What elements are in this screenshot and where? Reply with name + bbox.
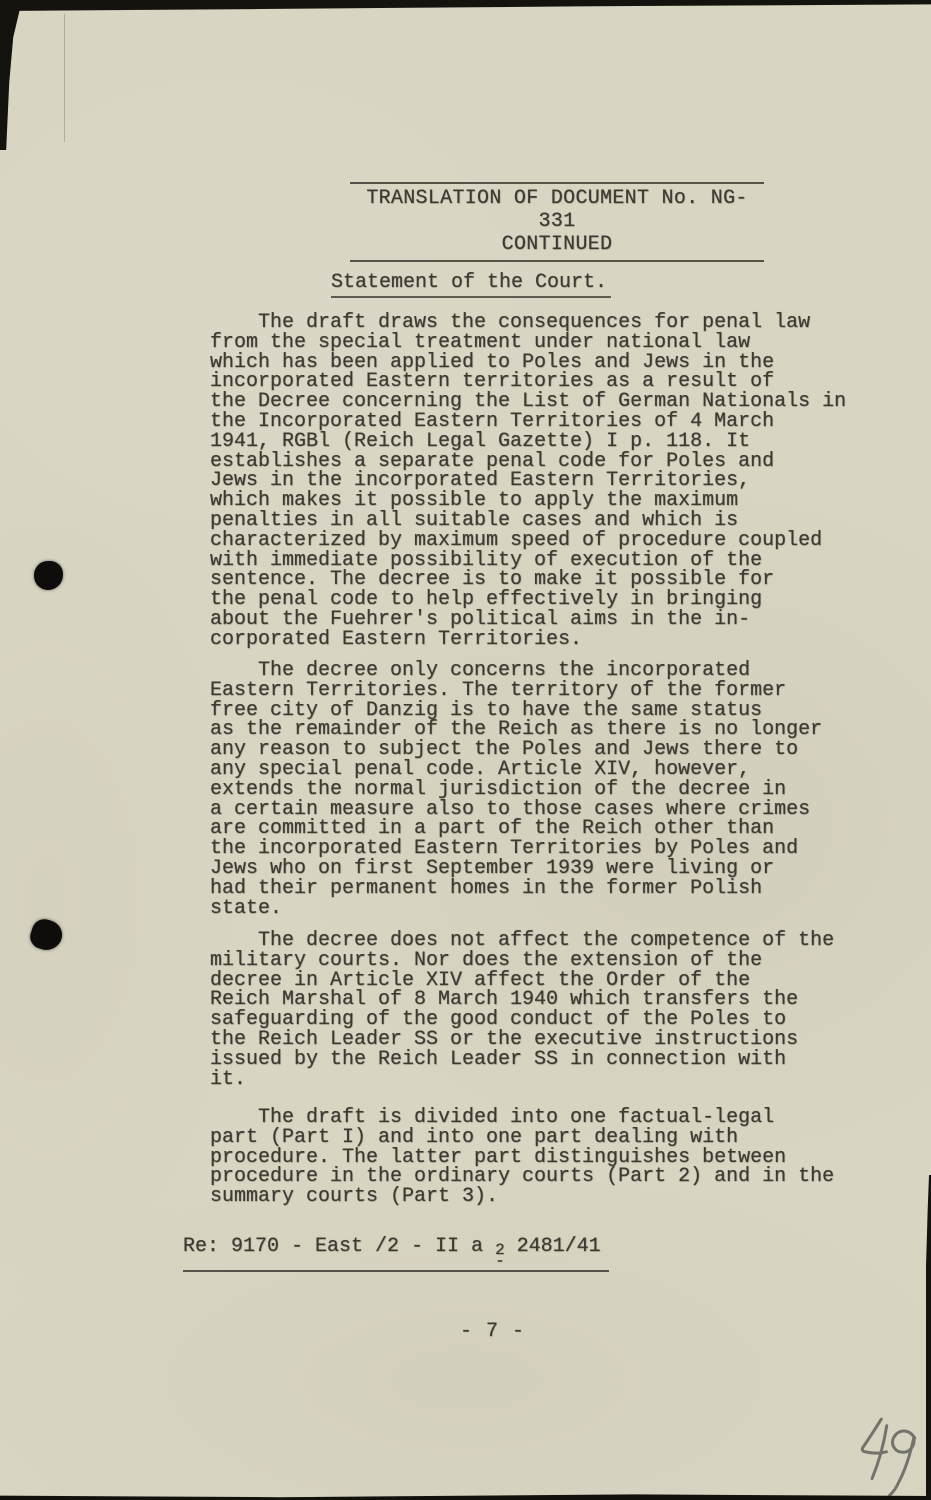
paragraph-3: The decree does not affect the competenc… <box>210 931 834 1089</box>
scan-edge-bottom <box>0 1492 931 1500</box>
reference-right: 2481/41 <box>505 1235 601 1258</box>
reference-superscript: 2- <box>495 1245 505 1267</box>
scanned-page: TRANSLATION OF DOCUMENT No. NG-331 CONTI… <box>0 0 931 1500</box>
page-number: - 7 - <box>460 1320 525 1343</box>
pencil-strokes <box>859 1418 917 1497</box>
handwritten-page-number-49 <box>849 1410 928 1500</box>
reference-line: Re: 9170 - East /2 - II a 2- 2481/41 <box>183 1236 609 1272</box>
hole-punch-bottom <box>27 916 66 954</box>
paragraph-1: The draft draws the consequences for pen… <box>210 313 846 650</box>
document-header-continued: CONTINUED <box>350 233 764 256</box>
hole-punch-top <box>34 561 63 590</box>
section-title: Statement of the Court. <box>331 272 611 298</box>
scan-edge-top <box>0 0 931 11</box>
paper-edge-crease <box>64 14 65 142</box>
paragraph-2: The decree only concerns the incorporate… <box>210 661 822 918</box>
document-header-title: TRANSLATION OF DOCUMENT No. NG-331 <box>350 187 764 233</box>
paragraph-4: The draft is divided into one factual-le… <box>210 1108 834 1207</box>
scan-edge-right <box>926 1175 931 1500</box>
document-header: TRANSLATION OF DOCUMENT No. NG-331 CONTI… <box>350 182 764 262</box>
scan-edge-left <box>0 0 22 150</box>
reference-left: Re: 9170 - East /2 - II a <box>183 1235 495 1258</box>
